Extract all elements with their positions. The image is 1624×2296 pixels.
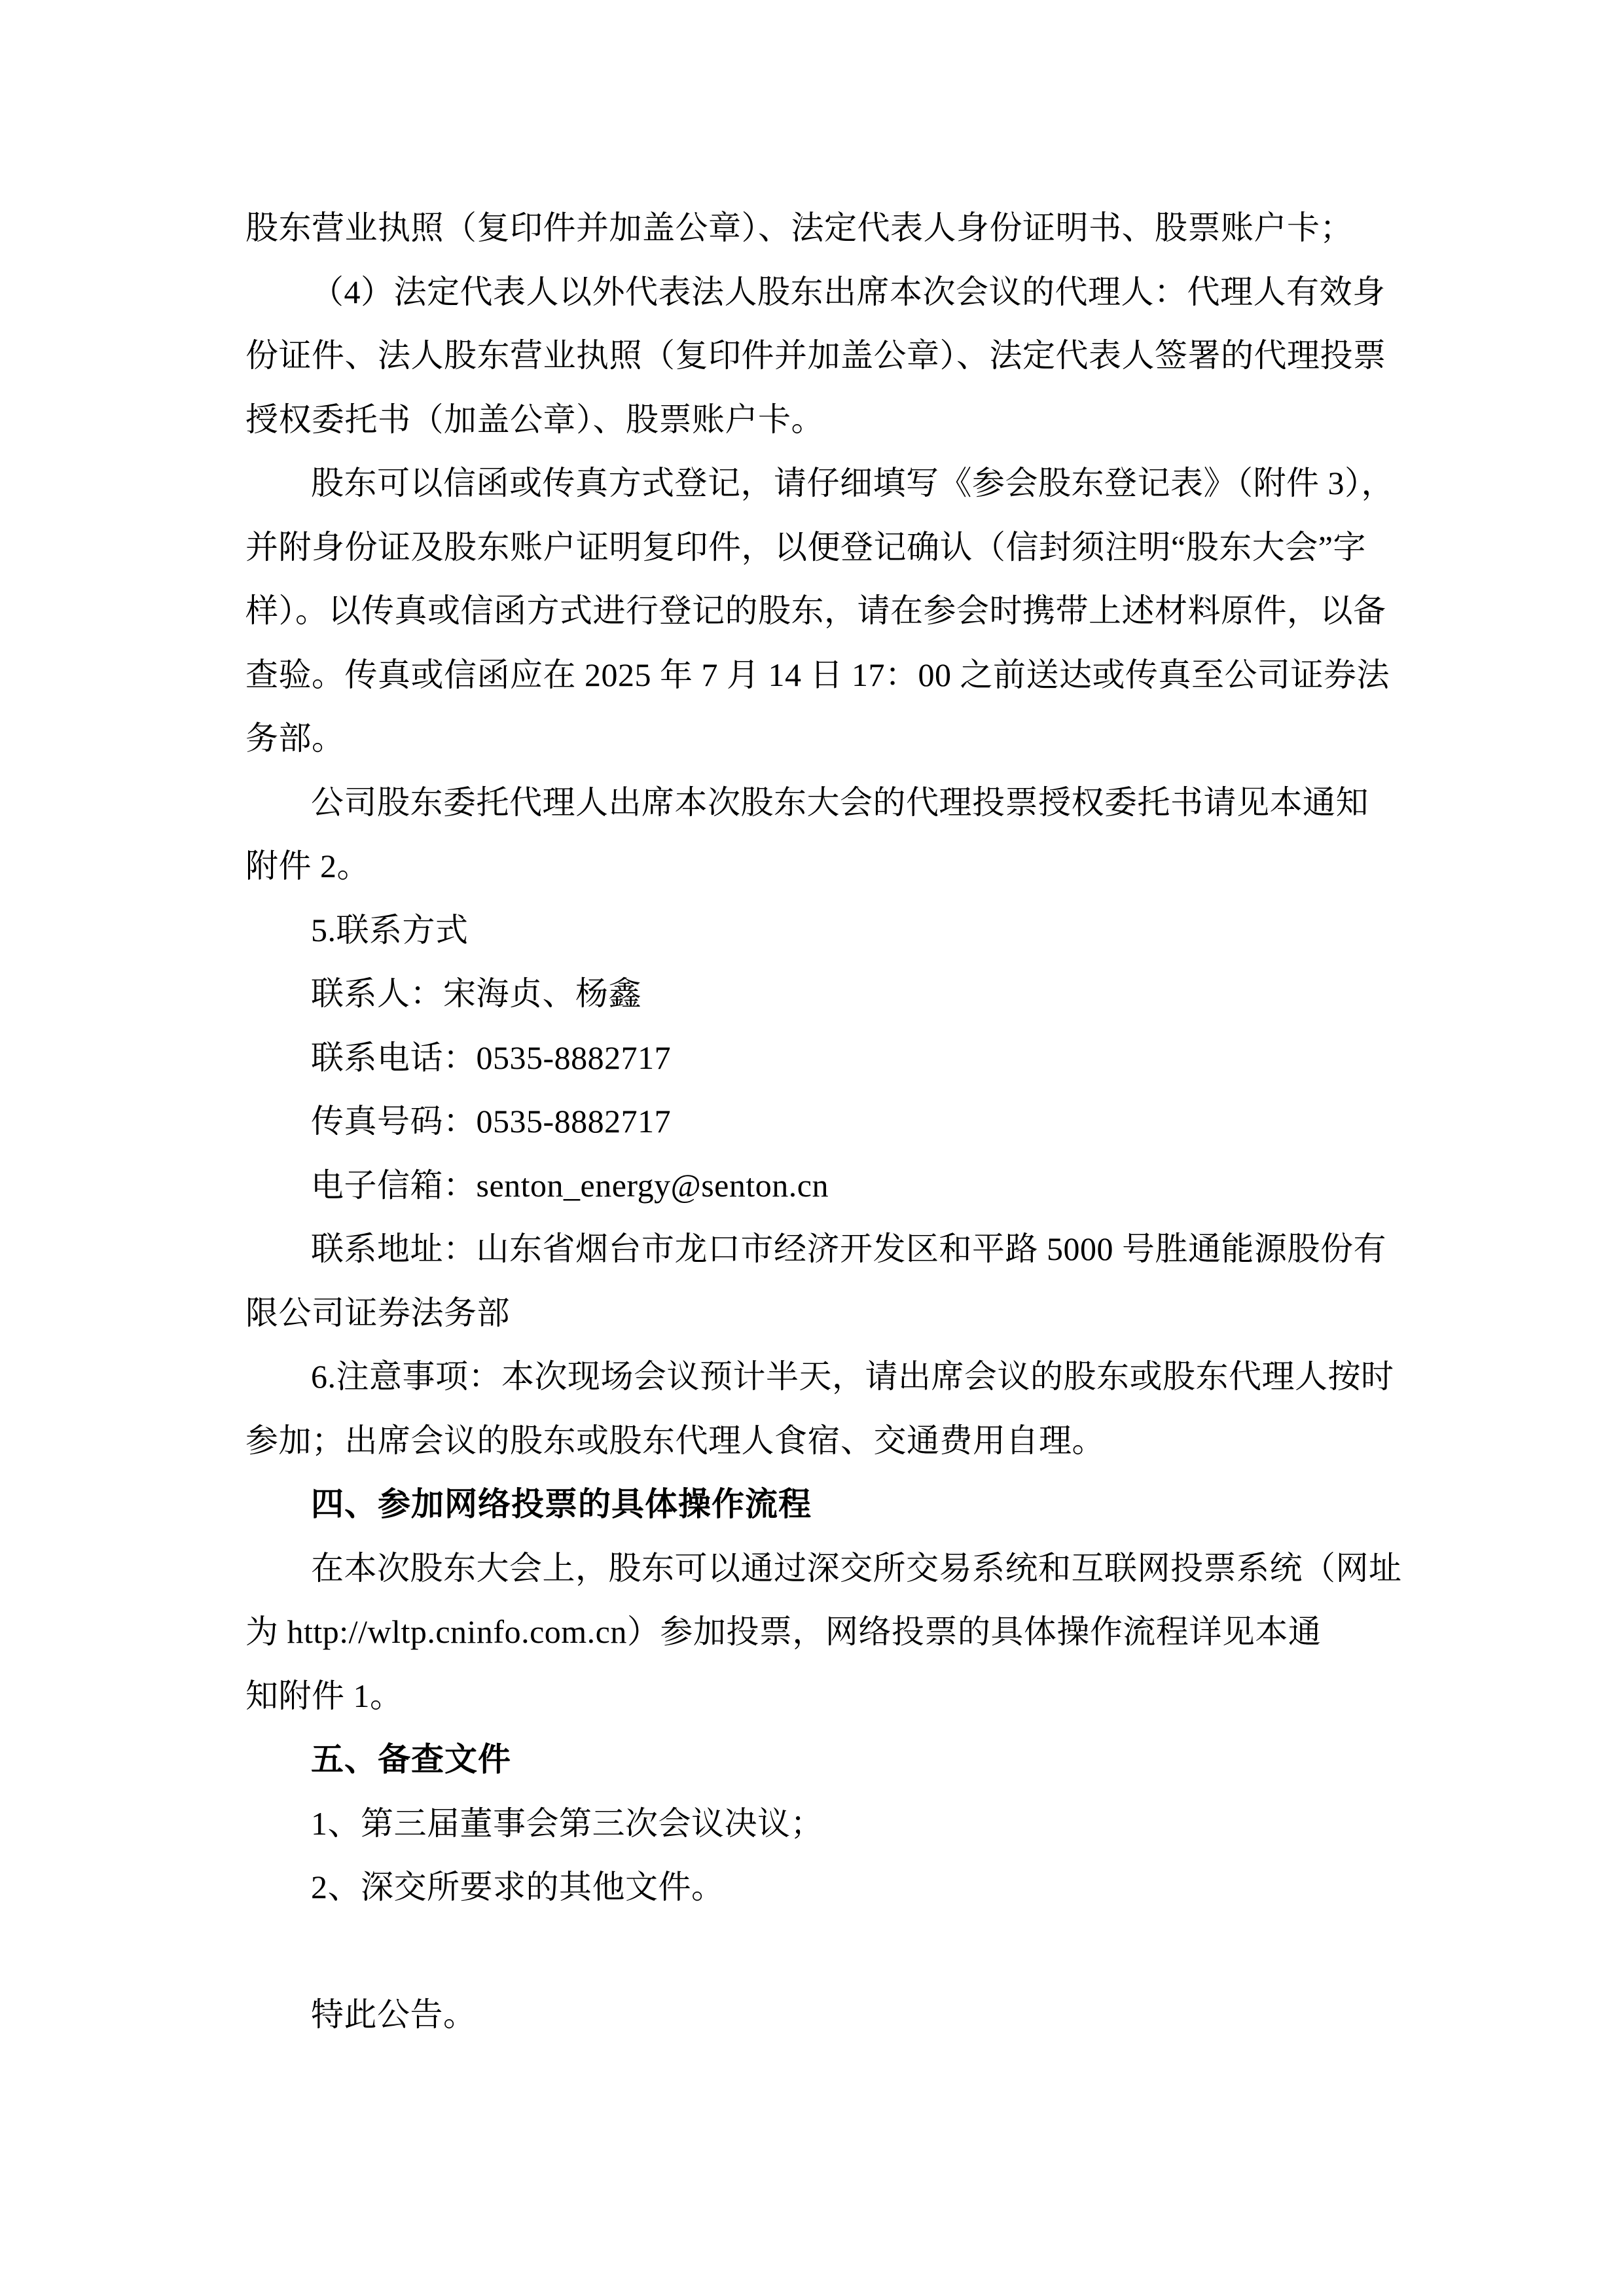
document-line: 6.注意事项：本次现场会议预计半天，请出席会议的股东或股东代理人按时 bbox=[245, 1345, 1378, 1409]
document-line: 附件 2。 bbox=[245, 834, 1378, 899]
document-line: 公司股东委托代理人出席本次股东大会的代理投票授权委托书请见本通知 bbox=[245, 771, 1378, 835]
document-line-list-item: 2、深交所要求的其他文件。 bbox=[245, 1856, 1378, 1920]
document-line-email: 电子信箱：senton_energy@senton.cn bbox=[245, 1154, 1378, 1218]
document-line: 务部。 bbox=[245, 707, 1378, 771]
document-page: 股东营业执照（复印件并加盖公章）、法定代表人身份证明书、股票账户卡； （4）法定… bbox=[0, 0, 1624, 2296]
section-heading-online-voting: 四、参加网络投票的具体操作流程 bbox=[245, 1473, 1378, 1537]
document-line-phone: 联系电话：0535-8882717 bbox=[245, 1026, 1378, 1090]
document-line: 授权委托书（加盖公章）、股票账户卡。 bbox=[245, 388, 1378, 452]
document-line: 股东可以信函或传真方式登记，请仔细填写《参会股东登记表》（附件 3）， bbox=[245, 452, 1378, 516]
document-line-address: 联系地址：山东省烟台市龙口市经济开发区和平路 5000 号胜通能源股份有 bbox=[245, 1217, 1378, 1282]
document-line-contact-section: 5.联系方式 bbox=[245, 899, 1378, 963]
document-line: 并附身份证及股东账户证明复印件，以便登记确认（信封须注明“股东大会”字 bbox=[245, 516, 1378, 580]
document-line: 股东营业执照（复印件并加盖公章）、法定代表人身份证明书、股票账户卡； bbox=[245, 196, 1378, 260]
document-line: 样）。以传真或信函方式进行登记的股东，请在参会时携带上述材料原件，以备 bbox=[245, 579, 1378, 643]
document-line-voting-url: 为 http://wltp.cninfo.com.cn）参加投票，网络投票的具体… bbox=[245, 1600, 1378, 1664]
document-line-closing: 特此公告。 bbox=[245, 1983, 1378, 2047]
document-line-contact-person: 联系人：宋海贞、杨鑫 bbox=[245, 962, 1378, 1026]
document-line: 查验。传真或信函应在 2025 年 7 月 14 日 17：00 之前送达或传真… bbox=[245, 643, 1378, 708]
blank-line bbox=[245, 1920, 1378, 1984]
document-line: （4）法定代表人以外代表法人股东出席本次会议的代理人：代理人有效身 bbox=[245, 260, 1378, 325]
document-line: 份证件、法人股东营业执照（复印件并加盖公章）、法定代表人签署的代理投票 bbox=[245, 324, 1378, 388]
document-line: 参加；出席会议的股东或股东代理人食宿、交通费用自理。 bbox=[245, 1409, 1378, 1473]
document-line: 在本次股东大会上，股东可以通过深交所交易系统和互联网投票系统（网址 bbox=[245, 1537, 1378, 1601]
document-line-fax: 传真号码：0535-8882717 bbox=[245, 1090, 1378, 1154]
document-line: 限公司证券法务部 bbox=[245, 1282, 1378, 1346]
document-body: 股东营业执照（复印件并加盖公章）、法定代表人身份证明书、股票账户卡； （4）法定… bbox=[245, 196, 1378, 2047]
document-line: 知附件 1。 bbox=[245, 1664, 1378, 1729]
section-heading-reference-documents: 五、备查文件 bbox=[245, 1728, 1378, 1792]
document-line-list-item: 1、第三届董事会第三次会议决议； bbox=[245, 1792, 1378, 1856]
